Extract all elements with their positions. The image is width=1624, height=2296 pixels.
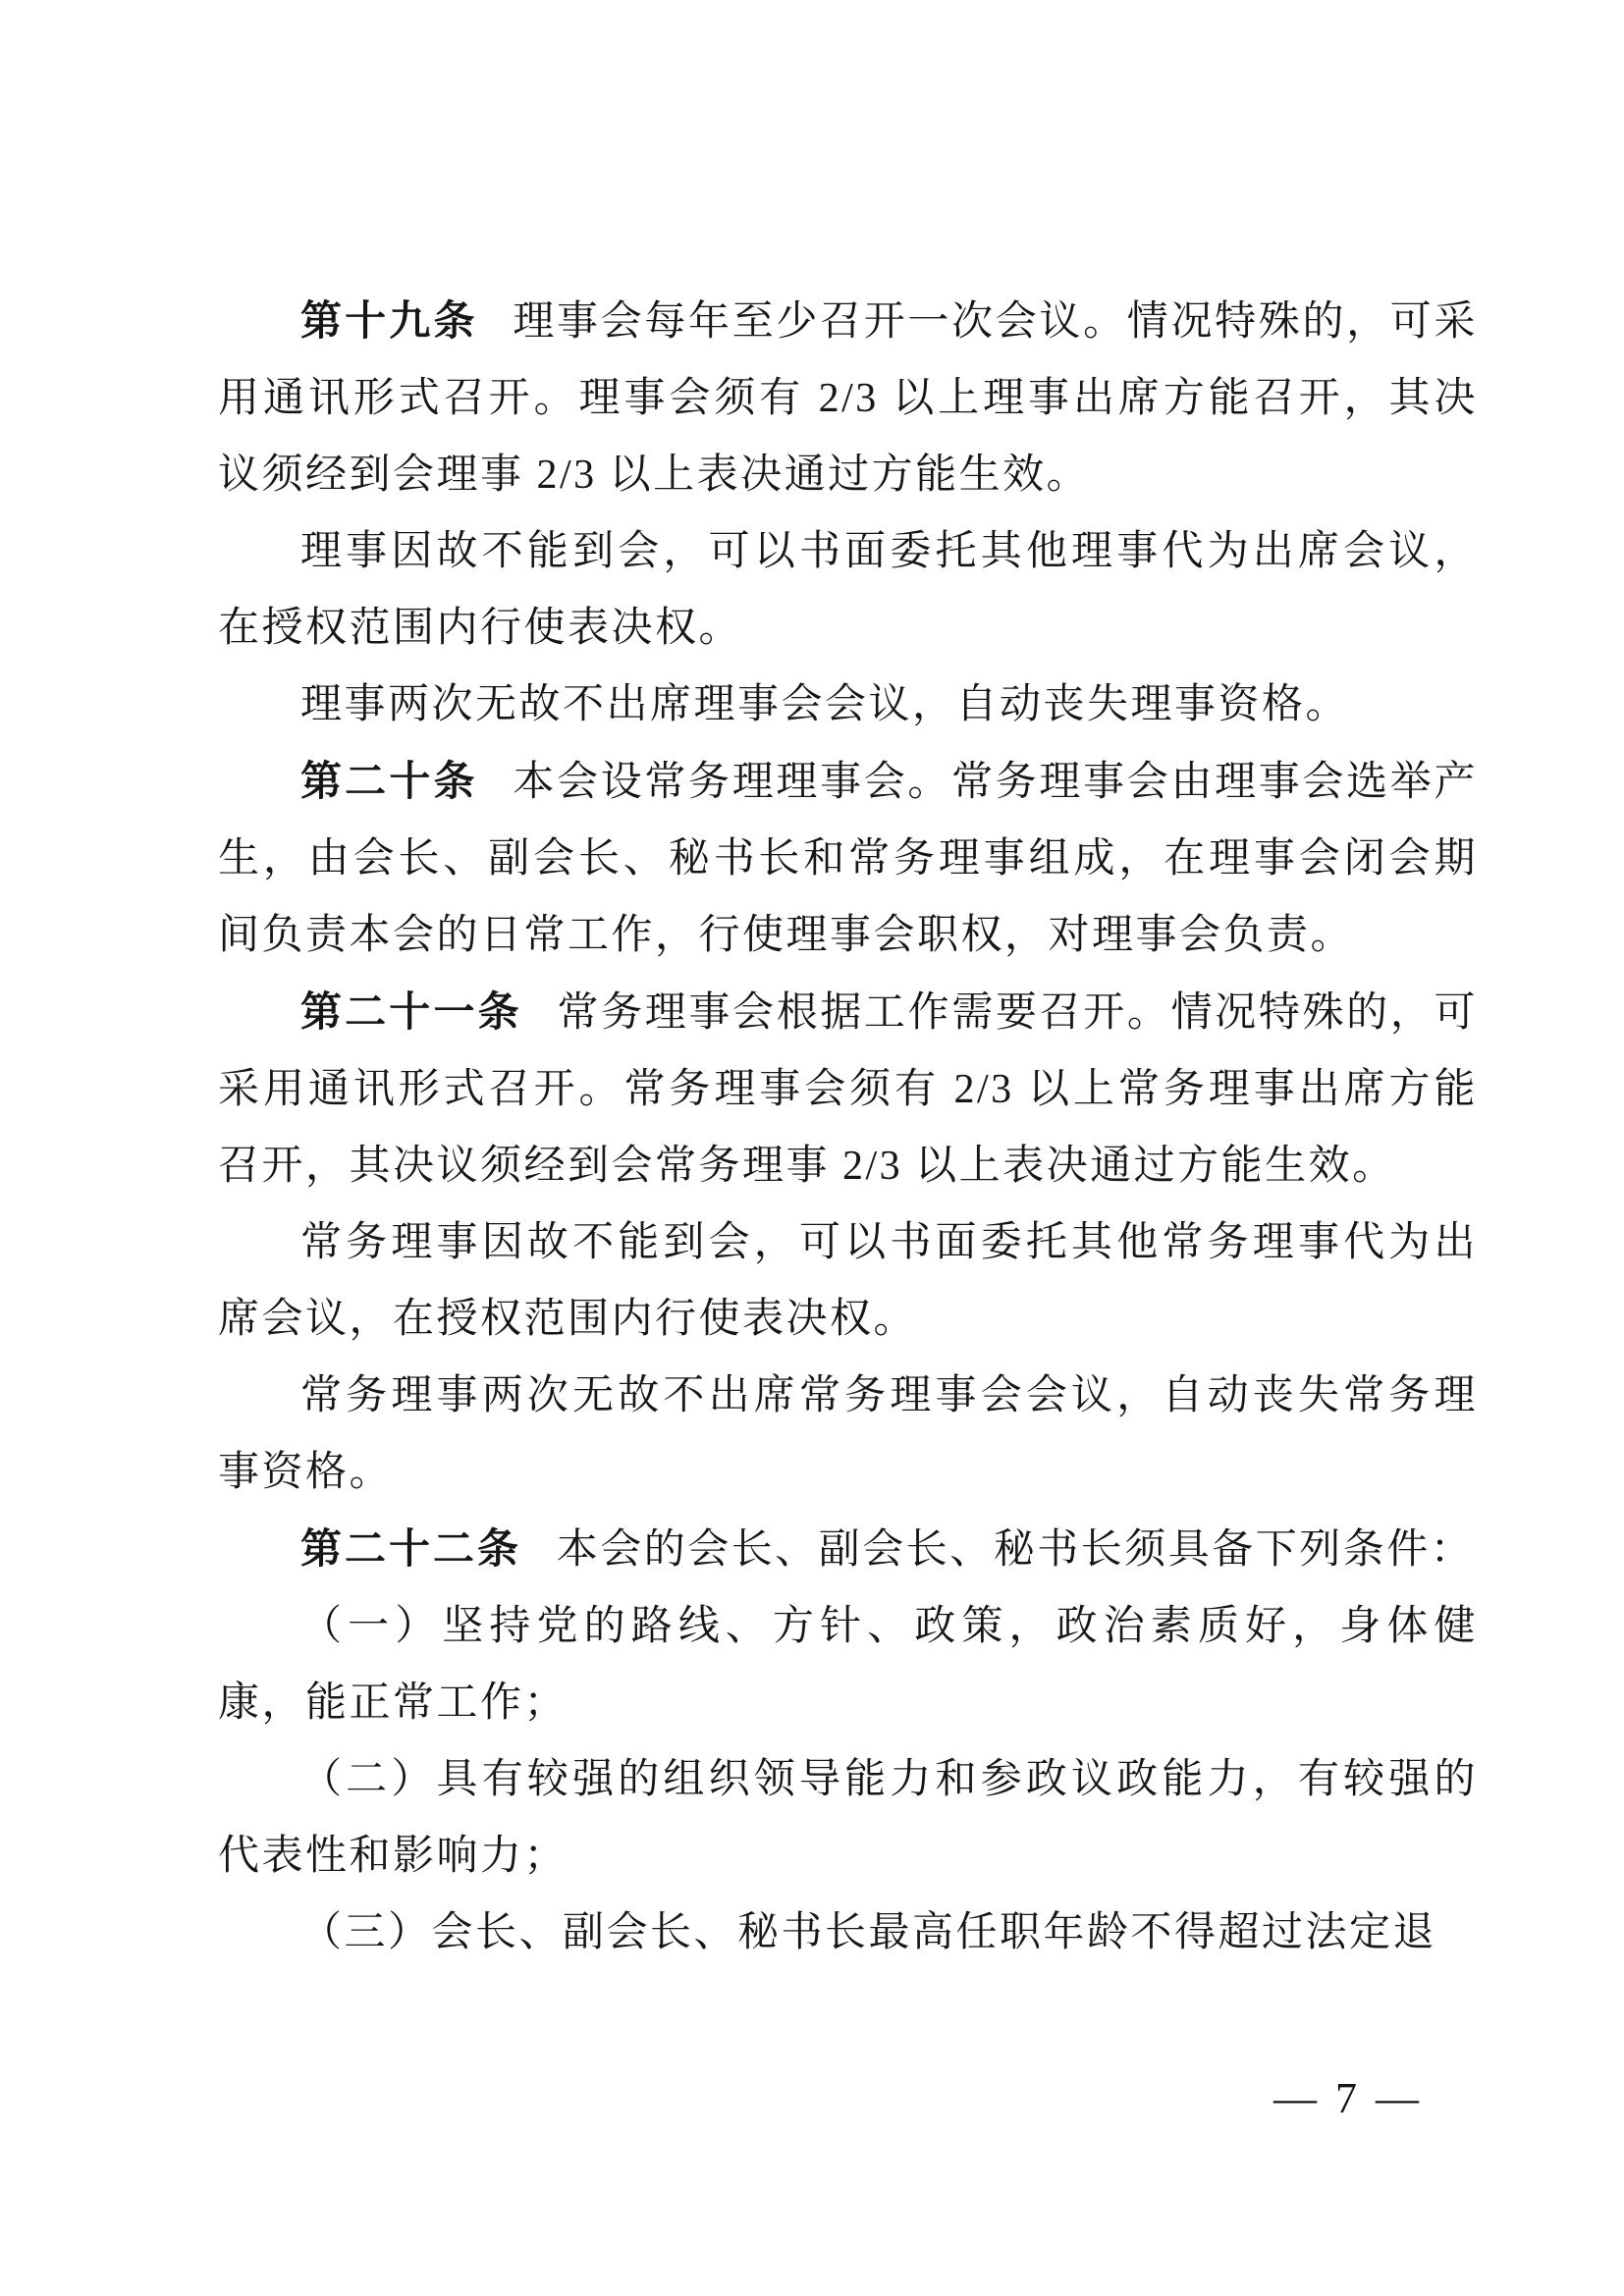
- article-number-heading: 第二十二条: [300, 1525, 521, 1572]
- paragraph-text: （一）坚持党的路线、方针、政策，政治素质好，身体健康，能正常工作；: [218, 1604, 1478, 1726]
- paragraph-text: 理事因故不能到会，可以书面委托其他理事代为出席会议，在授权范围内行使表决权。: [218, 529, 1478, 651]
- paragraph: 第十九条理事会每年至少召开一次会议。情况特殊的，可采用通讯形式召开。理事会须有 …: [218, 283, 1478, 513]
- document-body: 第十九条理事会每年至少召开一次会议。情况特殊的，可采用通讯形式召开。理事会须有 …: [218, 283, 1478, 1971]
- paragraph-text: 常务理事因故不能到会，可以书面委托其他常务理事代为出席会议，在授权范围内行使表决…: [218, 1220, 1478, 1342]
- paragraph-text: 本会的会长、副会长、秘书长须具备下列条件：: [557, 1527, 1475, 1573]
- paragraph: 常务理事两次无故不出席常务理事会会议，自动丧失常务理事资格。: [218, 1358, 1478, 1511]
- paragraph-text: （三）会长、副会长、秘书长最高任职年龄不得超过法定退: [300, 1910, 1436, 1955]
- article-number-heading: 第二十一条: [300, 988, 522, 1035]
- paragraph-text: （二）具有较强的组织领导能力和参政议政能力，有较强的代表性和影响力；: [218, 1757, 1478, 1879]
- paragraph: 第二十一条常务理事会根据工作需要召开。情况特殊的，可采用通讯形式召开。常务理事会…: [218, 974, 1478, 1204]
- paragraph: （二）具有较强的组织领导能力和参政议政能力，有较强的代表性和影响力；: [218, 1741, 1478, 1895]
- article-number-heading: 第十九条: [300, 297, 478, 344]
- paragraph: 第二十条本会设常务理理事会。常务理事会由理事会选举产生，由会长、副会长、秘书长和…: [218, 743, 1478, 974]
- document-page: 第十九条理事会每年至少召开一次会议。情况特殊的，可采用通讯形式召开。理事会须有 …: [0, 0, 1624, 2296]
- paragraph: （三）会长、副会长、秘书长最高任职年龄不得超过法定退: [218, 1895, 1478, 1971]
- page-number: — 7 —: [1273, 2074, 1423, 2122]
- article-number-heading: 第二十条: [300, 758, 478, 804]
- paragraph: 第二十二条本会的会长、副会长、秘书长须具备下列条件：: [218, 1511, 1478, 1588]
- paragraph: 理事两次无故不出席理事会会议，自动丧失理事资格。: [218, 667, 1478, 743]
- paragraph-text: 理事两次无故不出席理事会会议，自动丧失理事资格。: [300, 682, 1349, 727]
- paragraph: 常务理事因故不能到会，可以书面委托其他常务理事代为出席会议，在授权范围内行使表决…: [218, 1204, 1478, 1358]
- paragraph-text: 常务理事两次无故不出席常务理事会会议，自动丧失常务理事资格。: [218, 1373, 1478, 1495]
- paragraph: （一）坚持党的路线、方针、政策，政治素质好，身体健康，能正常工作；: [218, 1588, 1478, 1741]
- paragraph: 理事因故不能到会，可以书面委托其他理事代为出席会议，在授权范围内行使表决权。: [218, 513, 1478, 667]
- page-footer: — 7 —: [1215, 2034, 1423, 2163]
